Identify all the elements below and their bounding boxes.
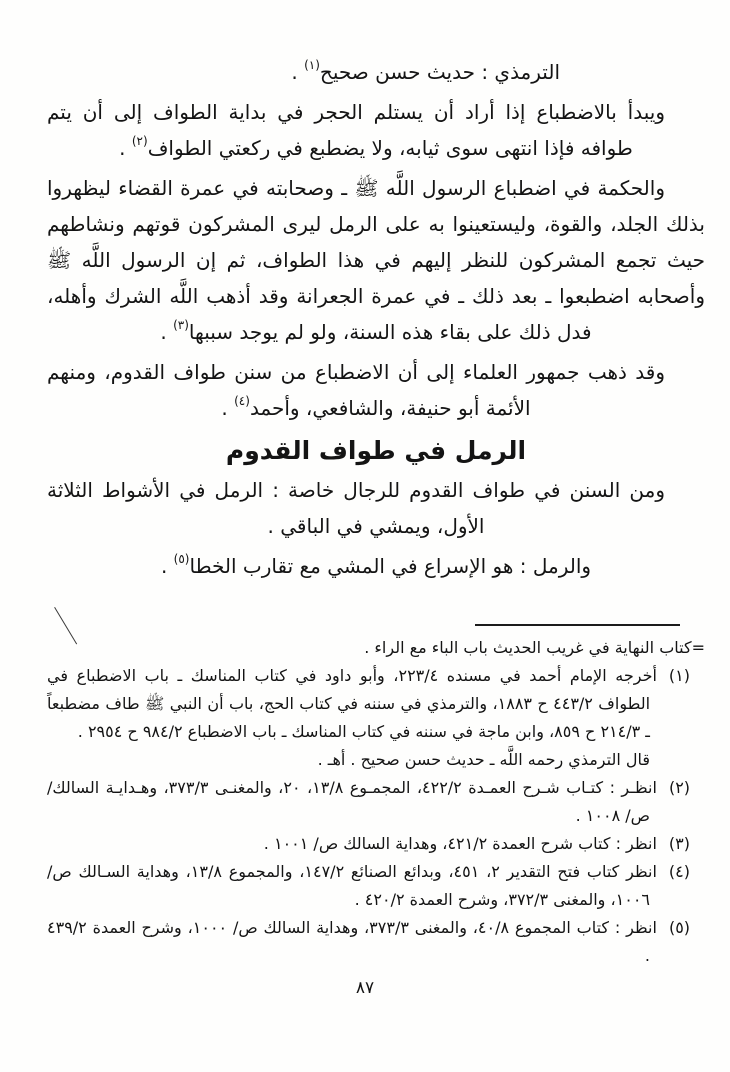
footnote-text: أخرجه الإمام أحمد في مسنده ٢٢٣/٤، وأبو د… bbox=[47, 666, 657, 741]
paragraph-text: الترمذي : حديث حسن صحيح bbox=[320, 60, 560, 84]
footnote-ref-4: (٤) bbox=[234, 394, 250, 408]
page-body: الترمذي : حديث حسن صحيح(١) . ويبدأ بالاض… bbox=[0, 0, 730, 584]
footnote-3: (٣)انظر : كتاب شرح العمدة ٤٢١/٢، وهداية … bbox=[47, 830, 705, 858]
footnote-4: (٤)انظر كتاب فتح التقدير ٢، ٤٥١، وبدائع … bbox=[47, 858, 705, 914]
footnote-ref-2: (٢) bbox=[132, 134, 148, 148]
footnote-ref-1: (١) bbox=[304, 58, 320, 72]
paragraph-hikma-idtibaa: والحكمة في اضطباع الرسول اللَّه ﷺ ـ وصحا… bbox=[47, 170, 705, 350]
paragraph-raml-definition: والرمل : هو الإسراع في المشي مع تقارب ال… bbox=[47, 548, 705, 584]
paragraph-tail: . bbox=[161, 554, 174, 578]
paragraph-tail: . bbox=[119, 136, 132, 160]
footnote-text: =كتاب النهاية في غريب الحديث باب الباء م… bbox=[364, 638, 705, 657]
footnote-continuation: =كتاب النهاية في غريب الحديث باب الباء م… bbox=[47, 634, 705, 662]
paragraph-text: والحكمة في اضطباع الرسول اللَّه ﷺ ـ وصحا… bbox=[47, 176, 705, 344]
footnote-number: (٢) bbox=[657, 778, 690, 797]
footnote-text: انظر : كتاب شرح العمدة ٤٢١/٢، وهداية الس… bbox=[264, 834, 657, 853]
footnote-text: انظر : كتاب المجموع ٤٠/٨، والمغنى ٣٧٣/٣،… bbox=[47, 918, 657, 965]
paragraph-idtibaa-start: ويبدأ بالاضطباع إذا أراد أن يستلم الحجر … bbox=[47, 94, 705, 166]
footnote-number: (٥) bbox=[657, 918, 690, 937]
footnote-text-line2: قال الترمذي رحمه اللَّه ـ حديث حسن صحيح … bbox=[318, 750, 650, 769]
paragraph-raml-sunan: ومن السنن في طواف القدوم للرجال خاصة : ا… bbox=[47, 472, 705, 544]
footnotes-section: =كتاب النهاية في غريب الحديث باب الباء م… bbox=[0, 634, 730, 970]
footnote-number: (١) bbox=[657, 666, 690, 685]
footnote-number: (٣) bbox=[657, 834, 690, 853]
paragraph-tail: . bbox=[160, 320, 173, 344]
footnote-ref-3: (٣) bbox=[173, 318, 189, 332]
footnote-ref-5: (٥) bbox=[174, 552, 190, 566]
footnote-text: انظر كتاب فتح التقدير ٢، ٤٥١، وبدائع الص… bbox=[47, 862, 657, 909]
book-page: الترمذي : حديث حسن صحيح(١) . ويبدأ بالاض… bbox=[0, 0, 730, 1072]
footnote-divider bbox=[475, 624, 680, 626]
paragraph-jumhur-ulama: وقد ذهب جمهور العلماء إلى أن الاضطباع من… bbox=[47, 354, 705, 426]
footnote-2: (٢)انظـر : كتـاب شـرح العمـدة ٤٢٢/٢، الم… bbox=[47, 774, 705, 830]
paragraph-tail: . bbox=[291, 60, 304, 84]
page-number: ٨٧ bbox=[0, 978, 730, 998]
paragraph-tail: . bbox=[221, 396, 234, 420]
section-heading-raml: الرمل في طواف القدوم bbox=[47, 434, 705, 468]
paragraph-text: ومن السنن في طواف القدوم للرجال خاصة : ا… bbox=[47, 478, 665, 538]
paragraph-text: ويبدأ بالاضطباع إذا أراد أن يستلم الحجر … bbox=[47, 100, 665, 160]
paragraph-tirmidhi-verdict: الترمذي : حديث حسن صحيح(١) . bbox=[47, 54, 705, 90]
footnote-text: انظـر : كتـاب شـرح العمـدة ٤٢٢/٢، المجمـ… bbox=[47, 778, 657, 825]
paragraph-text: والرمل : هو الإسراع في المشي مع تقارب ال… bbox=[189, 554, 591, 578]
footnote-number: (٤) bbox=[657, 862, 690, 881]
paragraph-text: وقد ذهب جمهور العلماء إلى أن الاضطباع من… bbox=[47, 360, 665, 420]
footnote-1: (١)أخرجه الإمام أحمد في مسنده ٢٢٣/٤، وأب… bbox=[47, 662, 705, 774]
footnote-5: (٥)انظر : كتاب المجموع ٤٠/٨، والمغنى ٣٧٣… bbox=[47, 914, 705, 970]
